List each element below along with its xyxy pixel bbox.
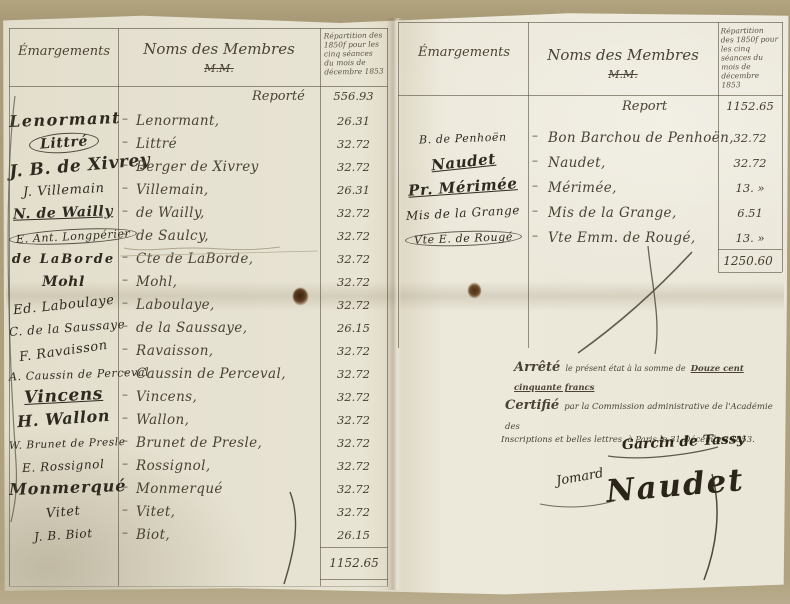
member-amount: 32.72 [320,386,387,405]
member-signature: W. Brunet de Presle [9,432,118,451]
member-signature: A. Caussin de Perceval [9,363,118,382]
member-row: F. Ravaisson Ravaisson, 32.72 [9,338,387,361]
member-row: Littré Littré 32.72 [9,131,387,154]
member-name: Mohl, [118,271,320,290]
member-amount: 32.72 [320,432,387,451]
member-name: Mis de la Grange, [528,202,718,221]
member-row: Mohl Mohl, 32.72 [9,269,387,292]
left-header-repartition-note: Répartition des 1850f pour les cinq séan… [324,30,385,76]
member-amount: 32.72 [320,455,387,474]
member-signature: Ed. Laboulaye [9,294,118,313]
member-signature: H. Wallon [9,409,118,428]
certifie-word: Certifié [505,398,559,413]
member-amount: 32.72 [320,340,387,359]
member-signature: de LaBorde [9,248,118,267]
member-amount: 32.72 [320,363,387,382]
member-signature: Mohl [9,271,118,290]
member-name: Bon Barchou de Penhoën, [528,127,718,146]
right-table-header-rule [398,95,783,96]
member-signature: Lenormant [9,110,118,129]
member-row: W. Brunet de Presle Brunet de Presle, 32… [9,430,387,453]
member-amount: 32.72 [320,409,387,428]
member-amount: 32.72 [320,156,387,175]
right-header-repartition-note: Répartition des 1850f pour les cinq séan… [720,25,779,89]
member-amount: 32.72 [320,202,387,221]
member-amount: 32.72 [320,248,387,267]
arrete-statement: Arrêté le présent état à la somme de Dou… [514,356,786,394]
left-total-rule-top [320,547,388,548]
member-name: Lenormant, [118,110,320,129]
member-row: J. B. de Xivrey Berger de Xivrey 32.72 [9,154,387,177]
member-signature: E. Rossignol [9,455,118,474]
member-row: Monmerqué Monmerqué 32.72 [9,476,387,499]
member-name: Brunet de Presle, [118,432,320,451]
member-row: E. Rossignol Rossignol, 32.72 [9,453,387,476]
member-row: Vte E. de Rougé Vte Emm. de Rougé, 13. » [398,224,782,249]
member-amount: 13. » [718,177,782,196]
member-signature: Naudet [398,152,528,171]
member-amount: 32.72 [320,271,387,290]
member-signature: Vincens [9,386,118,406]
member-amount: 32.72 [320,501,387,520]
arrete-word: Arrêté [514,360,560,375]
member-row: A. Caussin de Perceval Caussin de Percev… [9,361,387,384]
right-page-total: 1250.60 [714,254,782,268]
left-page-total: 1152.65 [320,556,388,570]
right-table-border-right [782,22,783,272]
member-amount: 32.72 [718,152,782,171]
member-name: Biot, [118,524,320,543]
member-signature: Littré [9,132,118,153]
member-name: Caussin de Perceval, [118,363,320,382]
member-row: de LaBorde Cte de LaBorde, 32.72 [9,246,387,269]
right-report-amount: 1152.65 [718,99,782,113]
left-total-rule-bottom [320,579,388,580]
left-table-header-rule [9,86,388,87]
member-name: Mérimée, [528,177,718,196]
arrete-body: le présent état à la somme de [565,364,685,373]
member-row: Mis de la Grange Mis de la Grange, 6.51 [398,199,782,224]
member-signature: J. Villemain [9,179,118,198]
right-report-label: Report [622,99,667,114]
member-row: B. de Penhoën Bon Barchou de Penhoën, 32… [398,124,782,149]
right-total-rule-top [718,249,782,250]
right-header-noms: Noms des Membres [530,46,716,64]
member-signature: Vitet [9,501,118,520]
member-signature: J. B. Biot [9,524,118,543]
document-scan: Émargements Noms des Membres M.M. Répart… [0,0,790,604]
left-header-noms: Noms des Membres [120,40,318,58]
right-header-emargements: Émargements [402,45,526,60]
member-name: Vte Emm. de Rougé, [528,227,718,246]
right-member-rows: B. de Penhoën Bon Barchou de Penhoën, 32… [398,124,782,249]
member-name: Villemain, [118,179,320,198]
center-fold-crease [386,18,402,590]
member-name: Naudet, [528,152,718,171]
member-signature: J. B. de Xivrey [9,156,118,176]
member-name: de Wailly, [118,202,320,221]
left-member-rows: Lenormant Lenormant, 26.31 Littré Littré… [9,108,387,545]
member-name: Vitet, [118,501,320,520]
member-amount: 32.72 [320,478,387,497]
right-total-rule-bottom [718,272,782,273]
member-signature: C. de la Saussaye [9,317,118,336]
left-header-emargements: Émargements [12,44,116,59]
member-name: Berger de Xivrey [118,156,320,175]
member-signature: Mis de la Grange [398,202,528,221]
member-amount: 32.72 [320,294,387,313]
member-row: C. de la Saussaye de la Saussaye, 26.15 [9,315,387,338]
member-signature: N. de Wailly [9,202,118,221]
member-row: Lenormant Lenormant, 26.31 [9,108,387,131]
member-row: H. Wallon Wallon, 32.72 [9,407,387,430]
member-amount: 26.31 [320,179,387,198]
ink-stain-left [293,288,308,305]
member-name: Cte de LaBorde, [118,248,320,267]
member-amount: 13. » [718,227,782,246]
member-signature: Pr. Mérimée [398,177,528,196]
left-report-amount: 556.93 [320,89,387,103]
member-amount: 32.72 [718,127,782,146]
member-name: Vincens, [118,386,320,405]
member-name: Monmerqué [118,478,320,497]
member-row: J. Villemain Villemain, 26.31 [9,177,387,200]
member-amount: 32.72 [320,133,387,152]
left-table-border-bottom [9,586,388,587]
ink-stain-right [468,283,481,298]
left-report-label: Reporté [252,89,305,104]
member-name: de la Saussaye, [118,317,320,336]
member-amount: 6.51 [718,202,782,221]
member-name: Rossignol, [118,455,320,474]
member-row: Vitet Vitet, 32.72 [9,499,387,522]
member-name: Ravaisson, [118,340,320,359]
right-header-mm: M.M. [530,68,716,81]
member-amount: 26.15 [320,317,387,336]
member-signature: Monmerqué [9,478,118,497]
left-table-border-top [9,28,388,29]
member-row: E. Ant. Longpérier de Saulcy, 32.72 [9,223,387,246]
member-name: Wallon, [118,409,320,428]
left-header-mm: M.M. [120,62,318,75]
member-row: N. de Wailly de Wailly, 32.72 [9,200,387,223]
member-signature: E. Ant. Longpérier [9,225,118,244]
member-amount: 32.72 [320,225,387,244]
member-signature: B. de Penhoën [398,127,528,146]
member-name: Laboulaye, [118,294,320,313]
member-row: Naudet Naudet, 32.72 [398,149,782,174]
member-amount: 26.31 [320,110,387,129]
member-signature: Vte E. de Rougé [398,227,528,246]
member-row: Vincens Vincens, 32.72 [9,384,387,407]
member-row: Ed. Laboulaye Laboulaye, 32.72 [9,292,387,315]
member-signature: F. Ravaisson [9,340,118,359]
member-amount: 26.15 [320,524,387,543]
member-row: Pr. Mérimée Mérimée, 13. » [398,174,782,199]
left-table-border-right [387,28,388,586]
member-row: J. B. Biot Biot, 26.15 [9,522,387,545]
right-table-border-top [398,22,783,23]
member-name: de Saulcy, [118,225,320,244]
